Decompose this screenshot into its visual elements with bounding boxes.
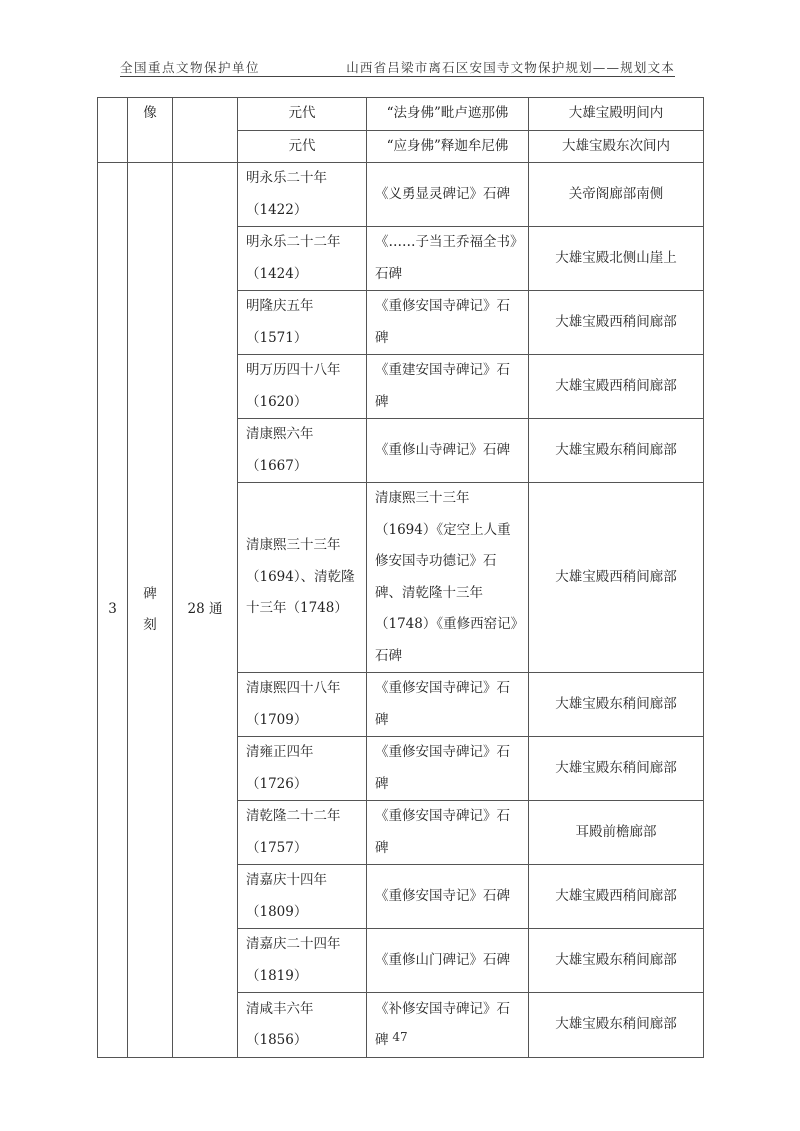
index-cell xyxy=(98,98,128,163)
cultural-relics-table: 像 元代 “法身佛”毗卢遮那佛 大雄宝殿明间内 元代 “应身佛”释迦牟尼佛 大雄… xyxy=(97,97,704,1058)
category-cell: 碑刻 xyxy=(128,163,173,1058)
location-cell: 大雄宝殿北侧山崖上 xyxy=(529,227,704,291)
location-cell: 大雄宝殿明间内 xyxy=(529,98,704,131)
era-cell: 清嘉庆二十四年（1819） xyxy=(238,929,367,993)
table-row: 像 元代 “法身佛”毗卢遮那佛 大雄宝殿明间内 xyxy=(98,98,704,131)
name-cell: 《重修安国寺记》石碑 xyxy=(367,865,529,929)
name-cell: 《义勇显灵碑记》石碑 xyxy=(367,163,529,227)
era-cell: 明隆庆五年（1571） xyxy=(238,291,367,355)
name-cell: 《重修山寺碑记》石碑 xyxy=(367,419,529,483)
location-cell: 大雄宝殿东稍间廊部 xyxy=(529,929,704,993)
table-row: 3 碑刻 28 通 明永乐二十年（1422） 《义勇显灵碑记》石碑 关帝阁廊部南… xyxy=(98,163,704,227)
name-cell: 《重修安国寺碑记》石碑 xyxy=(367,291,529,355)
location-cell: 耳殿前檐廊部 xyxy=(529,801,704,865)
era-cell: 清嘉庆十四年（1809） xyxy=(238,865,367,929)
name-cell: 《……子当王乔福全书》石碑 xyxy=(367,227,529,291)
name-cell: 《重修山门碑记》石碑 xyxy=(367,929,529,993)
era-cell: 清乾隆二十二年（1757） xyxy=(238,801,367,865)
count-cell: 28 通 xyxy=(173,163,238,1058)
location-cell: 大雄宝殿西稍间廊部 xyxy=(529,865,704,929)
index-cell: 3 xyxy=(98,163,128,1058)
era-cell: 元代 xyxy=(238,98,367,131)
location-cell: 大雄宝殿西稍间廊部 xyxy=(529,291,704,355)
name-cell: “应身佛”释迦牟尼佛 xyxy=(367,130,529,163)
name-cell: 《重修安国寺碑记》石碑 xyxy=(367,737,529,801)
era-cell: 清康熙三十三年（1694）、清乾隆十三年（1748） xyxy=(238,483,367,673)
era-cell: 明永乐二十二年（1424） xyxy=(238,227,367,291)
page-number: 47 xyxy=(0,1030,800,1044)
era-cell: 清咸丰六年（1856） xyxy=(238,993,367,1058)
name-cell: 清康熙三十三年（1694）《定空上人重修安国寺功德记》石碑、清乾隆十三年（174… xyxy=(367,483,529,673)
era-cell: 清康熙四十八年（1709） xyxy=(238,673,367,737)
category-cell: 像 xyxy=(128,98,173,163)
location-cell: 大雄宝殿西稍间廊部 xyxy=(529,355,704,419)
name-cell: 《补修安国寺碑记》石碑 xyxy=(367,993,529,1058)
location-cell: 大雄宝殿东稍间廊部 xyxy=(529,993,704,1058)
running-header: 全国重点文物保护单位 山西省吕梁市离石区安国寺文物保护规划——规划文本 xyxy=(120,56,675,77)
era-cell: 明万历四十八年（1620） xyxy=(238,355,367,419)
location-cell: 关帝阁廊部南侧 xyxy=(529,163,704,227)
name-cell: 《重修安国寺碑记》石碑 xyxy=(367,673,529,737)
name-cell: 《重修安国寺碑记》石碑 xyxy=(367,801,529,865)
location-cell: 大雄宝殿东稍间廊部 xyxy=(529,737,704,801)
location-cell: 大雄宝殿西稍间廊部 xyxy=(529,483,704,673)
count-cell xyxy=(173,98,238,163)
header-right: 山西省吕梁市离石区安国寺文物保护规划——规划文本 xyxy=(346,58,675,76)
name-cell: “法身佛”毗卢遮那佛 xyxy=(367,98,529,131)
location-cell: 大雄宝殿东稍间廊部 xyxy=(529,419,704,483)
era-cell: 明永乐二十年（1422） xyxy=(238,163,367,227)
location-cell: 大雄宝殿东稍间廊部 xyxy=(529,673,704,737)
era-cell: 清雍正四年（1726） xyxy=(238,737,367,801)
header-left: 全国重点文物保护单位 xyxy=(120,58,260,76)
era-cell: 元代 xyxy=(238,130,367,163)
category-text: 碑刻 xyxy=(143,579,157,642)
era-cell: 清康熙六年（1667） xyxy=(238,419,367,483)
location-cell: 大雄宝殿东次间内 xyxy=(529,130,704,163)
name-cell: 《重建安国寺碑记》石碑 xyxy=(367,355,529,419)
